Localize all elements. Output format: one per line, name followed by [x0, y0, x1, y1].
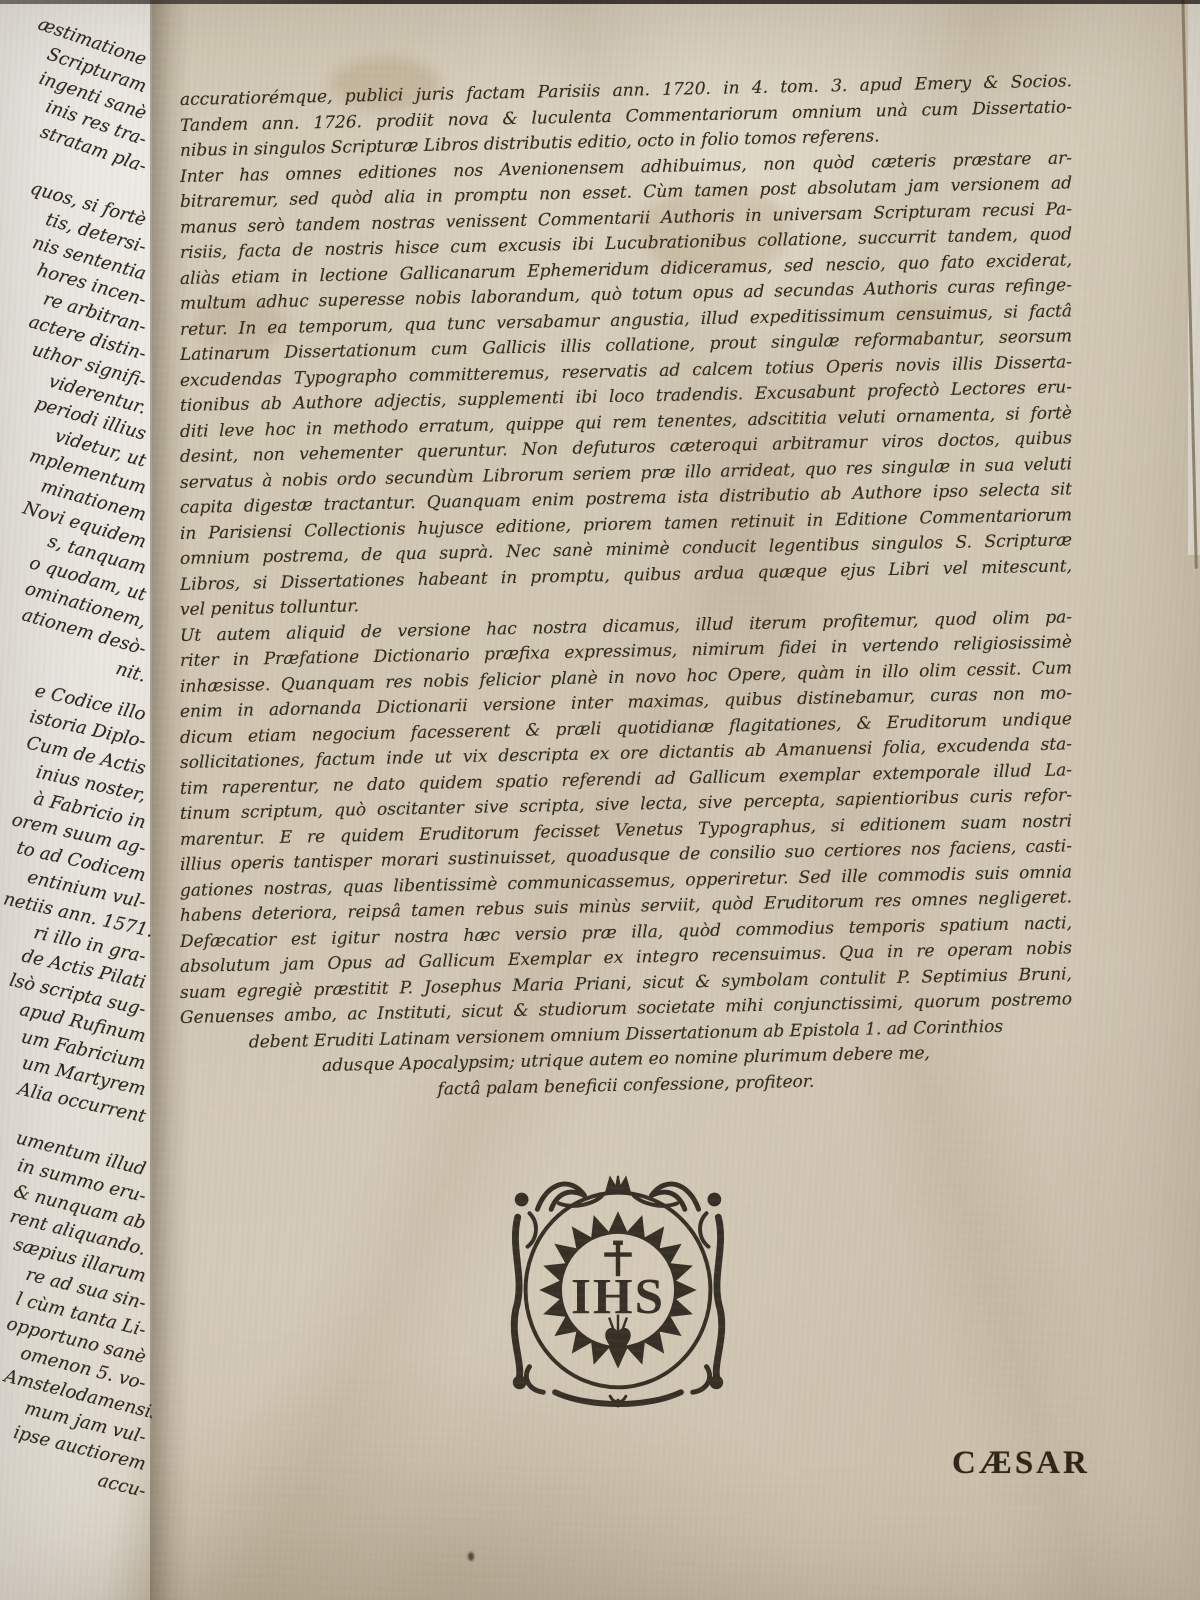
left-page-paragraph: umentum illudin summo eru-& nunquam abre… [0, 1159, 152, 1507]
left-page-paragraph: quos, si fortètis, detersi-nis sententia… [0, 210, 152, 692]
facing-page-edge: æstimationeScripturamingenti sanèinis re… [0, 0, 152, 1600]
jesuit-ihs-printers-device: IHS [500, 1168, 736, 1408]
frame-left-bar [514, 1217, 520, 1382]
left-page-paragraph: æstimationeScripturamingenti sanèinis re… [0, 50, 152, 184]
photo-top-edge [0, 0, 1200, 4]
crown-icon [606, 1176, 630, 1192]
book-page-photo: æstimationeScripturamingenti sanèinis re… [0, 0, 1200, 1600]
main-text-block: accuratiorémque, publici juris factam Pa… [180, 69, 1072, 1108]
printers-device-woodcut: IHS [500, 1168, 736, 1408]
catchword: CÆSAR [952, 1445, 1090, 1482]
paragraph: Defæcatior est igitur nostra hæc versio … [180, 911, 1072, 1032]
paragraph: Ut autem aliquid de versione hac nostra … [180, 605, 1072, 930]
ink-speck [468, 1552, 474, 1561]
paragraph: Inter has omnes editiones nos Avenionens… [180, 146, 1072, 624]
left-page-paragraph: e Codice illoistoria Diplo-Cum de Actisi… [0, 704, 152, 1133]
frame-right-bar [716, 1217, 722, 1382]
